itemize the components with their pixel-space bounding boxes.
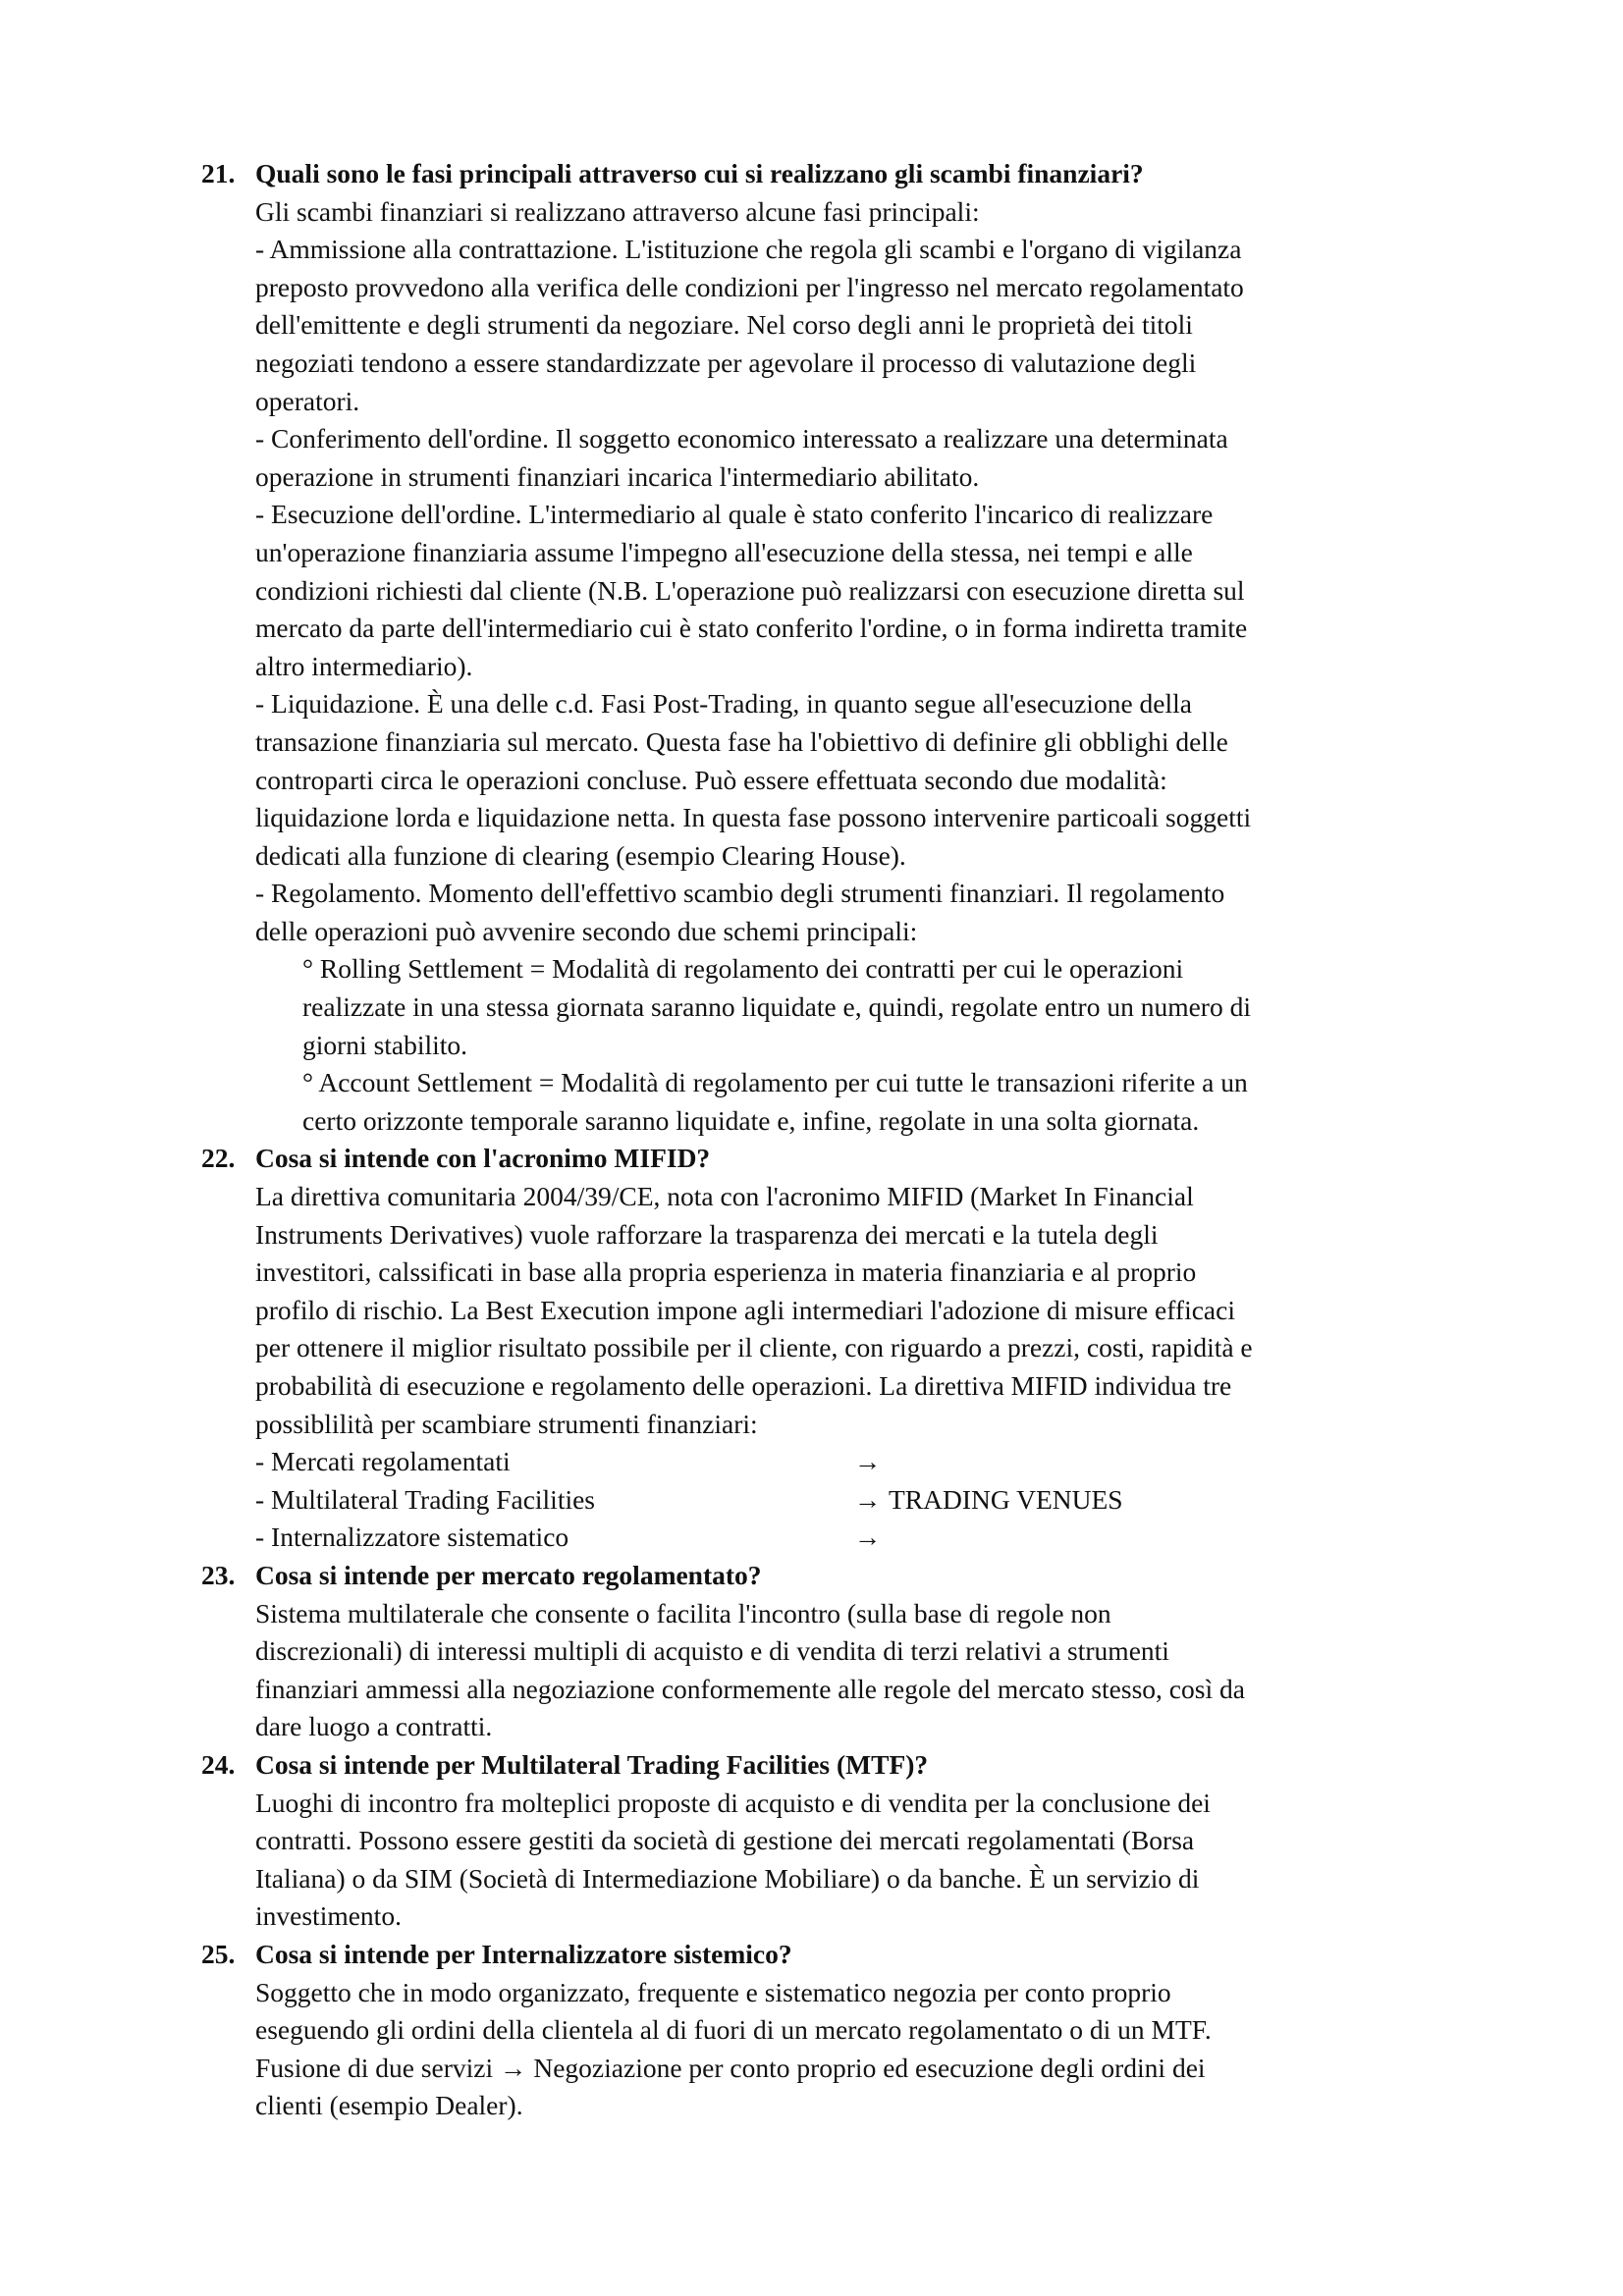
body-line: un'operazione finanziaria assume l'impeg…	[0, 534, 1623, 572]
venue-row: - Mercati regolamentati →	[0, 1443, 1623, 1481]
body-line: - Liquidazione. È una delle c.d. Fasi Po…	[0, 685, 1623, 723]
body-line: altro intermediario).	[0, 648, 1623, 686]
question-21: 21. Quali sono le fasi principali attrav…	[0, 155, 1623, 1140]
question-23: 23. Cosa si intende per mercato regolame…	[0, 1557, 1623, 1746]
question-title: Quali sono le fasi principali attraverso…	[255, 158, 1144, 188]
body-line: per ottenere il miglior risultato possib…	[0, 1329, 1623, 1367]
body-line: - Esecuzione dell'ordine. L'intermediari…	[0, 496, 1623, 534]
body-line: operazione in strumenti finanziari incar…	[0, 458, 1623, 497]
question-heading: 21. Quali sono le fasi principali attrav…	[0, 155, 1623, 193]
venue-label: - Internalizzatore sistematico	[255, 1522, 568, 1552]
body-line: possiblilità per scambiare strumenti fin…	[0, 1406, 1623, 1444]
right-arrow-icon: →	[854, 1481, 882, 1520]
question-title: Cosa si intende per Multilateral Trading…	[255, 1749, 928, 1780]
question-heading: 24. Cosa si intende per Multilateral Tra…	[0, 1746, 1623, 1785]
body-line: Fusione di due servizi → Negoziazione pe…	[0, 2050, 1623, 2088]
body-line: Luoghi di incontro fra molteplici propos…	[0, 1785, 1623, 1823]
body-line: operatori.	[0, 383, 1623, 421]
sub-item-line: certo orizzonte temporale saranno liquid…	[0, 1102, 1623, 1141]
question-heading: 23. Cosa si intende per mercato regolame…	[0, 1557, 1623, 1595]
body-line: discrezionali) di interessi multipli di …	[0, 1632, 1623, 1671]
right-arrow-icon: →	[854, 1519, 882, 1557]
body-line: probabilità di esecuzione e regolamento …	[0, 1367, 1623, 1406]
venue-label: - Multilateral Trading Facilities	[255, 1484, 595, 1515]
question-25: 25. Cosa si intende per Internalizzatore…	[0, 1936, 1623, 2125]
question-number: 21.	[201, 155, 235, 193]
venue-row: - Internalizzatore sistematico →	[0, 1519, 1623, 1557]
body-line: Instruments Derivatives) vuole rafforzar…	[0, 1216, 1623, 1255]
body-line: finanziari ammessi alla negoziazione con…	[0, 1671, 1623, 1709]
body-line: delle operazioni può avvenire secondo du…	[0, 913, 1623, 951]
question-title: Cosa si intende per mercato regolamentat…	[255, 1560, 762, 1590]
question-number: 24.	[201, 1746, 235, 1785]
body-line: Italiana) o da SIM (Società di Intermedi…	[0, 1860, 1623, 1898]
body-line: La direttiva comunitaria 2004/39/CE, not…	[0, 1178, 1623, 1216]
body-line: - Conferimento dell'ordine. Il soggetto …	[0, 420, 1623, 458]
body-line: dell'emittente e degli strumenti da nego…	[0, 306, 1623, 345]
body-line: eseguendo gli ordini della clientela al …	[0, 2011, 1623, 2050]
sub-item-line: ° Rolling Settlement = Modalità di regol…	[0, 950, 1623, 988]
body-line: controparti circa le operazioni concluse…	[0, 762, 1623, 800]
body-line: negoziati tendono a essere standardizzat…	[0, 345, 1623, 383]
sub-item-line: realizzate in una stessa giornata sarann…	[0, 988, 1623, 1027]
body-line: profilo di rischio. La Best Execution im…	[0, 1292, 1623, 1330]
question-number: 22.	[201, 1140, 235, 1178]
body-line: Sistema multilaterale che consente o fac…	[0, 1595, 1623, 1633]
body-line: clienti (esempio Dealer).	[0, 2087, 1623, 2125]
right-arrow-icon: →	[854, 1443, 882, 1481]
body-line: transazione finanziaria sul mercato. Que…	[0, 723, 1623, 762]
body-line: dedicati alla funzione di clearing (esem…	[0, 837, 1623, 876]
question-heading: 22. Cosa si intende con l'acronimo MIFID…	[0, 1140, 1623, 1178]
body-line: condizioni richiesti dal cliente (N.B. L…	[0, 572, 1623, 611]
body-line: liquidazione lorda e liquidazione netta.…	[0, 799, 1623, 837]
question-24: 24. Cosa si intende per Multilateral Tra…	[0, 1746, 1623, 1936]
document-page: 21. Quali sono le fasi principali attrav…	[0, 155, 1623, 2125]
question-number: 23.	[201, 1557, 235, 1595]
body-line: investimento.	[0, 1897, 1623, 1936]
body-line: mercato da parte dell'intermediario cui …	[0, 610, 1623, 648]
venue-row: - Multilateral Trading Facilities → TRAD…	[0, 1481, 1623, 1520]
question-number: 25.	[201, 1936, 235, 1974]
venue-label: - Mercati regolamentati	[255, 1446, 511, 1476]
question-title: Cosa si intende per Internalizzatore sis…	[255, 1939, 792, 1969]
venue-group-label: TRADING VENUES	[889, 1481, 1123, 1520]
sub-item-line: ° Account Settlement = Modalità di regol…	[0, 1064, 1623, 1102]
body-line: preposto provvedono alla verifica delle …	[0, 269, 1623, 307]
question-22: 22. Cosa si intende con l'acronimo MIFID…	[0, 1140, 1623, 1557]
body-line: - Regolamento. Momento dell'effettivo sc…	[0, 875, 1623, 913]
body-line: dare luogo a contratti.	[0, 1708, 1623, 1746]
body-line: investitori, calssificati in base alla p…	[0, 1254, 1623, 1292]
question-title: Cosa si intende con l'acronimo MIFID?	[255, 1143, 710, 1173]
body-line: Gli scambi finanziari si realizzano attr…	[0, 193, 1623, 232]
body-line: Soggetto che in modo organizzato, freque…	[0, 1974, 1623, 2012]
question-heading: 25. Cosa si intende per Internalizzatore…	[0, 1936, 1623, 1974]
body-line: - Ammissione alla contrattazione. L'isti…	[0, 231, 1623, 269]
body-line: contratti. Possono essere gestiti da soc…	[0, 1822, 1623, 1860]
sub-item-line: giorni stabilito.	[0, 1027, 1623, 1065]
